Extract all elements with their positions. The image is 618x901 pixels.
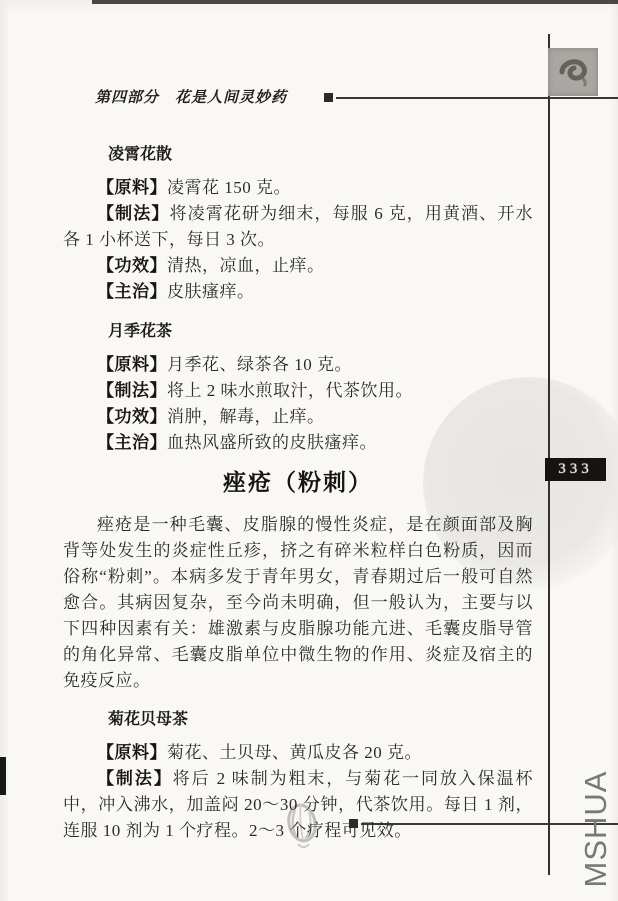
header-rule [336, 97, 618, 99]
entry-label: 【主治】 [97, 282, 167, 301]
entry-label: 【功效】 [97, 256, 167, 275]
entry-label: 【原料】 [97, 743, 167, 762]
recipe-2-name: 月季花茶 [108, 321, 533, 343]
entry-label: 【主治】 [97, 433, 167, 452]
recipe-1-name: 凌霄花散 [108, 144, 533, 166]
recipe-2-method: 【制法】将上 2 味水煎取汁，代茶饮用。 [63, 378, 533, 404]
scan-watermark: MSHUA [579, 767, 613, 891]
entry-label: 【原料】 [97, 178, 167, 197]
header-rule-bullet [324, 93, 333, 102]
entry-text: 消肿，解毒，止痒。 [167, 407, 325, 426]
entry-text: 菊花、土贝母、黄瓜皮各 20 克。 [167, 743, 422, 762]
recipe-1-indication: 【主治】皮肤瘙痒。 [63, 279, 533, 305]
running-header: 第四部分 花是人间灵妙药 [95, 86, 287, 107]
entry-text: 凌霄花 150 克。 [167, 178, 291, 197]
entry-label: 【制法】 [97, 769, 173, 788]
section-title: 痤疮（粉刺） [63, 468, 533, 498]
recipe-3-name: 菊花贝母茶 [108, 709, 533, 731]
text-column: 凌霄花散 【原料】凌霄花 150 克。 【制法】将凌霄花研为细末，每服 6 克，… [63, 144, 533, 844]
scan-top-edge [92, 0, 618, 4]
recipe-3-ingredients: 【原料】菊花、土贝母、黄瓜皮各 20 克。 [63, 740, 533, 766]
entry-label: 【原料】 [97, 355, 167, 374]
entry-text: 血热风盛所致的皮肤瘙痒。 [167, 433, 377, 452]
book-page: 第四部分 花是人间灵妙药 333 凌霄花散 【原料】凌霄花 150 克。 【制法… [0, 0, 618, 901]
corner-ornament [548, 48, 598, 96]
recipe-3-method: 【制法】将后 2 味制为粗末，与菊花一同放入保温杯中，冲入沸水，加盖闷 20～3… [63, 766, 533, 844]
page-edge-tab [0, 757, 6, 795]
recipe-2-effect: 【功效】消肿，解毒，止痒。 [63, 404, 533, 430]
shell-swirl-icon [554, 52, 592, 93]
entry-text: 皮肤瘙痒。 [167, 282, 255, 301]
entry-label: 【功效】 [97, 407, 167, 426]
recipe-1-ingredients: 【原料】凌霄花 150 克。 [63, 175, 533, 201]
recipe-2-indication: 【主治】血热风盛所致的皮肤瘙痒。 [63, 430, 533, 456]
entry-label: 【制法】 [97, 204, 170, 223]
section-intro: 痤疮是一种毛囊、皮脂腺的慢性炎症，是在颜面部及胸背等处发生的炎症性丘疹，挤之有碎… [63, 512, 533, 694]
entry-label: 【制法】 [97, 381, 167, 400]
entry-text: 清热，凉血，止痒。 [167, 256, 325, 275]
entry-text: 月季花、绿茶各 10 克。 [167, 355, 352, 374]
recipe-2-ingredients: 【原料】月季花、绿茶各 10 克。 [63, 352, 533, 378]
recipe-1-effect: 【功效】清热，凉血，止痒。 [63, 253, 533, 279]
entry-text: 将上 2 味水煎取汁，代茶饮用。 [167, 381, 413, 400]
vertical-rule [548, 34, 550, 875]
recipe-1-method: 【制法】将凌霄花研为细末，每服 6 克，用黄酒、开水各 1 小杯送下，每日 3 … [63, 201, 533, 253]
page-number-badge: 333 [545, 458, 606, 481]
